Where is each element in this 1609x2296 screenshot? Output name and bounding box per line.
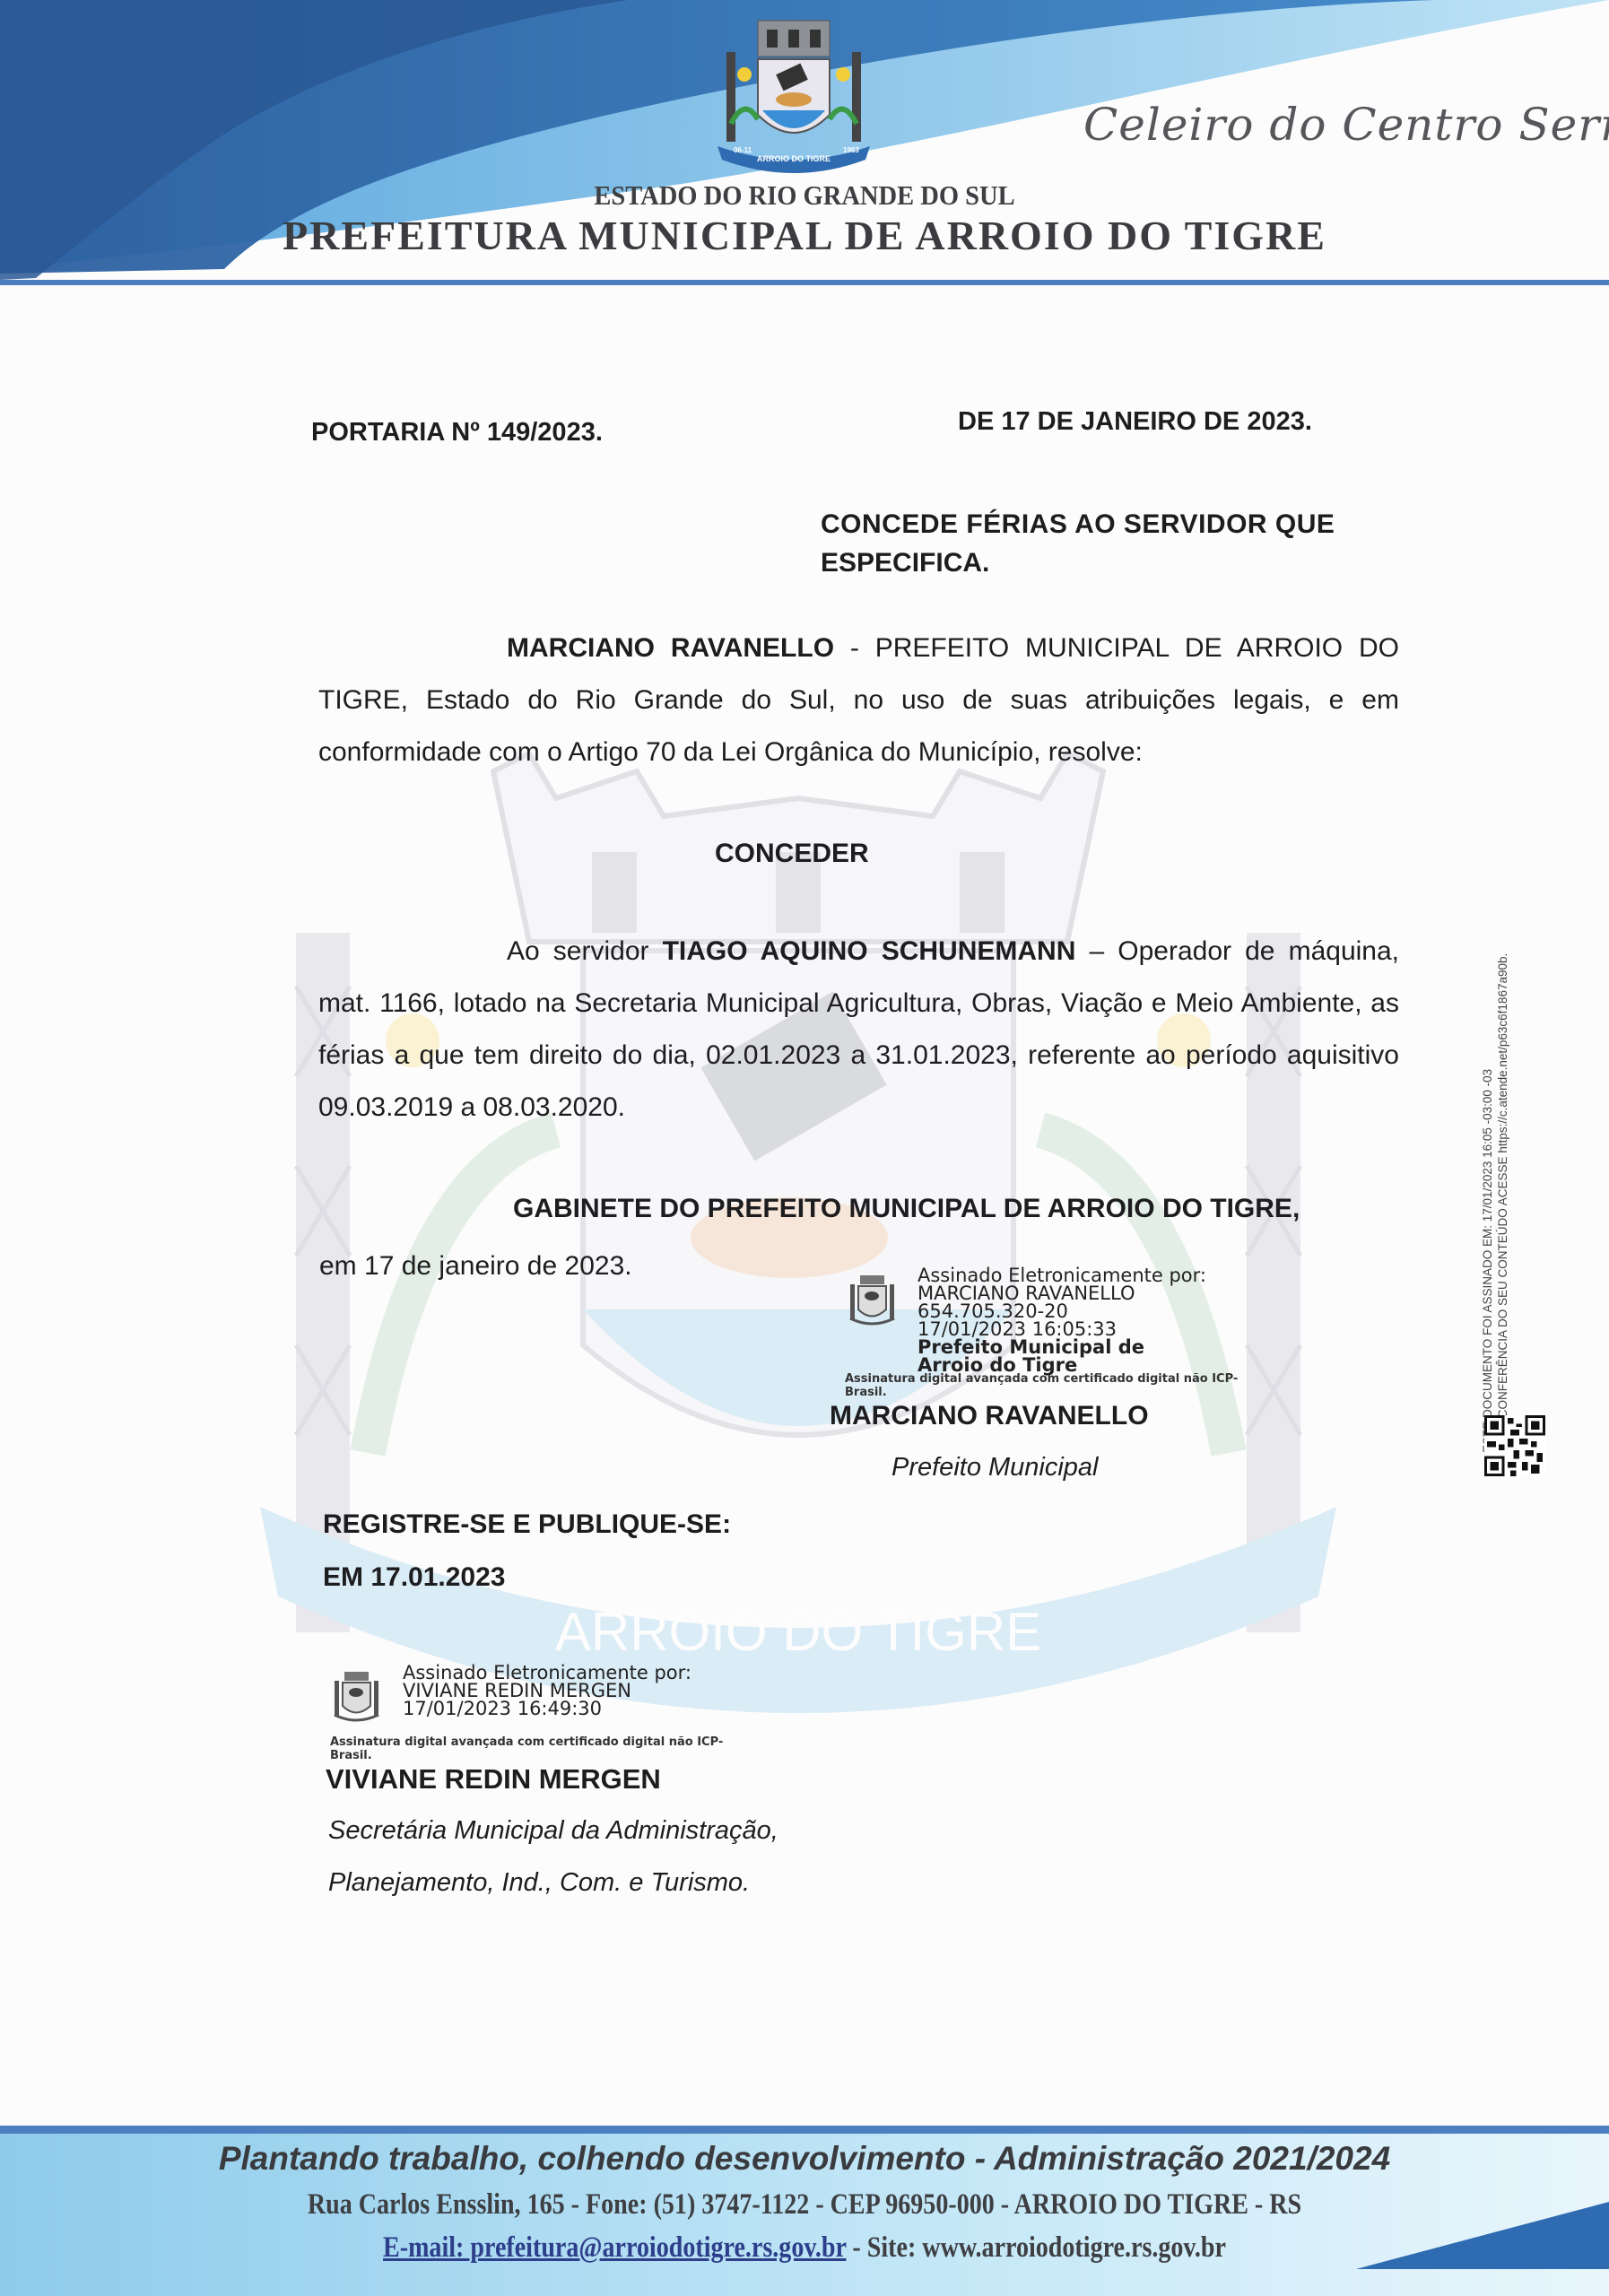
mayor-role: Prefeito Municipal xyxy=(891,1453,1099,1483)
secretary-role-line-1: Secretária Municipal da Administração, xyxy=(328,1816,778,1846)
signature-crest-icon xyxy=(848,1274,897,1327)
state-name: ESTADO DO RIO GRANDE DO SUL xyxy=(65,179,1544,212)
verification-qr-code[interactable] xyxy=(1484,1415,1545,1476)
secretary-signature-stamp: Assinado Eletronicamente por: VIVIANE RE… xyxy=(403,1664,691,1718)
footer-contact: E-mail: prefeitura@arroiodotigre.rs.gov.… xyxy=(121,2231,1489,2265)
summary-line-1: CONCEDE FÉRIAS AO SERVIDOR QUE xyxy=(821,509,1335,540)
verification-stamp-text: ESTE DOCUMENTO FOI ASSINADO EM: 17/01/20… xyxy=(1480,953,1510,1453)
signature-crest-icon xyxy=(332,1670,381,1724)
secretary-signature-notice: Assinatura digital avançada com certific… xyxy=(330,1735,723,1762)
svg-text:1963: 1963 xyxy=(843,146,859,154)
footer-address: Rua Carlos Ensslin, 165 - Fone: (51) 374… xyxy=(121,2188,1489,2222)
mayor-signature-notice: Assinatura digital avançada com certific… xyxy=(845,1372,1238,1399)
email-link[interactable]: E-mail: prefeitura@arroiodotigre.rs.gov.… xyxy=(383,2231,846,2264)
closing-date: em 17 de janeiro de 2023. xyxy=(319,1251,632,1282)
mayor-signature-stamp: Assinado Eletronicamente por: MARCIANO R… xyxy=(918,1266,1206,1374)
mayor-name: MARCIANO RAVANELLO xyxy=(507,633,834,663)
secretary-printed-name: VIVIANE REDIN MERGEN xyxy=(326,1763,661,1796)
portaria-number: PORTARIA Nº 149/2023. xyxy=(311,418,603,448)
header-divider xyxy=(0,280,1609,285)
svg-text:ARROIO DO TIGRE: ARROIO DO TIGRE xyxy=(757,154,831,163)
register-date: EM 17.01.2023 xyxy=(323,1562,505,1593)
mayor-printed-name: MARCIANO RAVANELLO xyxy=(830,1401,1149,1431)
municipal-motto: Celeiro do Centro Serra xyxy=(1083,99,1609,151)
municipal-crest-logo: ARROIO DO TIGRE 06-11 1963 xyxy=(709,16,879,173)
secretary-role-line-2: Planejamento, Ind., Com. e Turismo. xyxy=(328,1868,750,1898)
administration-slogan: Plantando trabalho, colhendo desenvolvim… xyxy=(0,2140,1609,2178)
closing-cabinet: GABINETE DO PREFEITO MUNICIPAL DE ARROIO… xyxy=(513,1194,1300,1224)
site-text: - Site: www.arroiodotigre.rs.gov.br xyxy=(846,2231,1226,2264)
svg-text:ARROIO DO TIGRE: ARROIO DO TIGRE xyxy=(555,1602,1041,1662)
preamble-paragraph: MARCIANO RAVANELLO - PREFEITO MUNICIPAL … xyxy=(318,622,1399,778)
svg-text:06-11: 06-11 xyxy=(734,146,752,154)
employee-name: TIAGO AQUINO SCHUNEMANN xyxy=(663,936,1076,966)
summary-line-2: ESPECIFICA. xyxy=(821,548,989,578)
action-heading: CONCEDER xyxy=(715,839,869,869)
register-publish: REGISTRE-SE E PUBLIQUE-SE: xyxy=(323,1509,731,1540)
page-title: PREFEITURA MUNICIPAL DE ARROIO DO TIGRE xyxy=(0,212,1609,259)
portaria-date: DE 17 DE JANEIRO DE 2023. xyxy=(958,407,1312,437)
grant-paragraph: Ao servidor TIAGO AQUINO SCHUNEMANN – Op… xyxy=(318,926,1399,1134)
